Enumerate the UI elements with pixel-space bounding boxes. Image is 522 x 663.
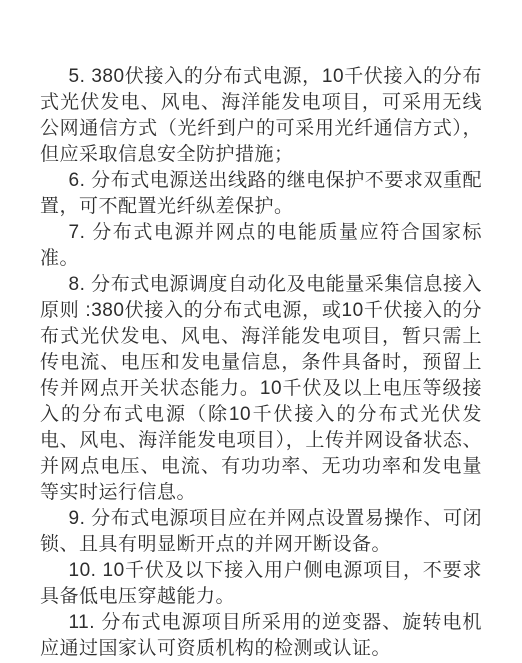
paragraph-item-7: 7. 分布式电源并网点的电能质量应符合国家标准。 [40, 220, 482, 272]
paragraph-item-10: 10. 10千伏及以下接入用户侧电源项目，不要求具备低电压穿越能力。 [40, 558, 482, 610]
document-page: 5. 380伏接入的分布式电源，10千伏接入的分布式光伏发电、风电、海洋能发电项… [0, 0, 522, 663]
paragraph-item-8: 8. 分布式电源调度自动化及电能量采集信息接入原则 :380伏接入的分布式电源，… [40, 272, 482, 506]
paragraph-item-5: 5. 380伏接入的分布式电源，10千伏接入的分布式光伏发电、风电、海洋能发电项… [40, 64, 482, 168]
document-body: 5. 380伏接入的分布式电源，10千伏接入的分布式光伏发电、风电、海洋能发电项… [40, 64, 482, 662]
paragraph-item-6: 6. 分布式电源送出线路的继电保护不要求双重配置，可不配置光纤纵差保护。 [40, 168, 482, 220]
paragraph-item-11: 11. 分布式电源项目所采用的逆变器、旋转电机应通过国家认可资质机构的检测或认证… [40, 610, 482, 662]
paragraph-item-9: 9. 分布式电源项目应在并网点设置易操作、可闭锁、且具有明显断开点的并网开断设备… [40, 506, 482, 558]
